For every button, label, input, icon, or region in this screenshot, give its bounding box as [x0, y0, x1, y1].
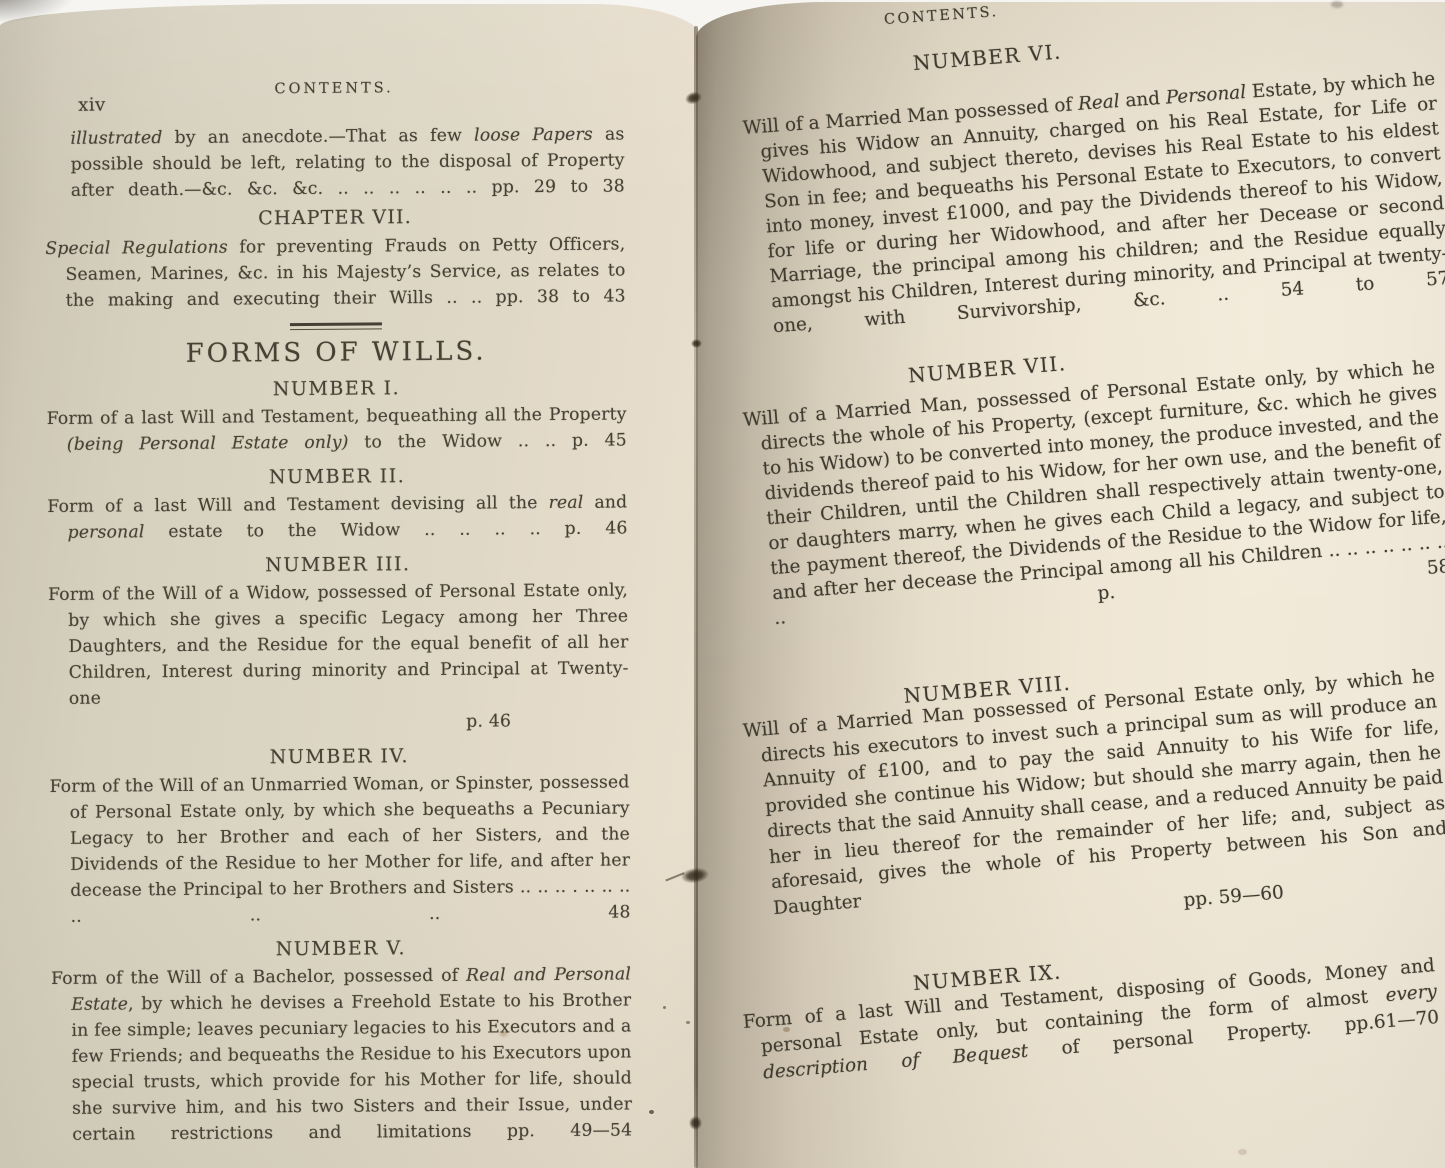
number-i-heading: NUMBER I.	[46, 374, 626, 403]
toc-entry-number-iv: Form of the Will of an Unmarried Woman, …	[49, 769, 630, 930]
paper-speck	[663, 1006, 666, 1009]
paper-speck	[649, 1110, 654, 1114]
running-head-left: CONTENTS.	[44, 73, 624, 104]
number-iii-heading: NUMBER III.	[48, 550, 628, 579]
toc-entry-number-ii: Form of a last Will and Testament devisi…	[47, 489, 627, 546]
left-page-text-column: xiv CONTENTS. illustrated by an anecdote…	[44, 73, 632, 1148]
section-divider-rule	[290, 322, 382, 330]
toc-entry-number-iii: Form of the Will of a Widow, possessed o…	[48, 577, 629, 712]
paper-speck	[686, 1021, 690, 1024]
binding-stitch	[691, 339, 702, 348]
number-v-heading: NUMBER V.	[51, 934, 631, 963]
toc-entry-continuation: illustrated by an anecdote.—That as few …	[44, 121, 625, 204]
open-book-photo: xiv CONTENTS. illustrated by an anecdote…	[0, 0, 1445, 1168]
toc-entry-number-v: Form of the Will of a Bachelor, possesse…	[51, 961, 632, 1148]
foxing-spot	[1238, 1149, 1247, 1155]
page-number-left: xiv	[78, 93, 106, 119]
page-reference: p. 46	[49, 707, 629, 738]
number-iv-heading: NUMBER IV.	[49, 742, 629, 771]
forms-of-wills-title: FORMS OF WILLS.	[46, 335, 626, 370]
book-gutter-crease	[694, 26, 698, 1168]
toc-entry-number-i: Form of a last Will and Testament, beque…	[47, 401, 627, 458]
chapter-vii-heading: CHAPTER VII.	[45, 203, 625, 232]
page-corner-shadow	[0, 0, 76, 24]
cropped-folio-smudge	[1331, 1, 1343, 8]
number-ii-heading: NUMBER II.	[47, 462, 627, 491]
toc-entry-chapter-vii: Special Regulations for preventing Fraud…	[45, 231, 626, 314]
binding-stitch	[689, 1116, 702, 1130]
